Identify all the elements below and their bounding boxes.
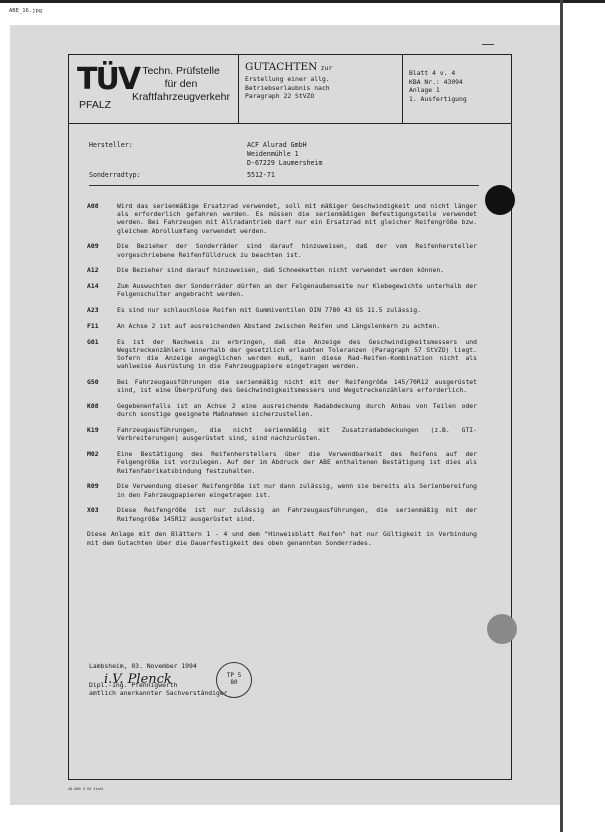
print-mark: 40.000 5.94 Stahl [68,787,104,791]
hersteller-value: ACF Alurad GmbH Weidenmühle 1 D-67229 La… [247,141,322,167]
blatt-lines: Blatt 4 v. 4 KBA Nr.: 43094 Anlage 1 1. … [409,69,467,103]
condition-list: A08Wird das serienmäßige Ersatzrad verwe… [87,202,477,547]
condition-text: Die Verwendung dieser Reifengröße ist nu… [117,482,477,498]
official-stamp: TP 5 80 [216,662,252,698]
condition-text: An Achse 2 ist auf ausreichenden Abstand… [117,322,477,330]
condition-code: A09 [87,242,117,258]
kba-number: KBA Nr.: 43094 [409,78,467,87]
gutachten-lines: Erstellung einer allg. Betriebserlaubnis… [245,75,330,101]
hersteller-line: D-67229 Laumersheim [247,159,322,168]
place-date: Lambsheim, 03. November 1994 [89,662,228,670]
handwritten-signature: i.V. Plenck [104,672,172,687]
condition-code: A08 [87,202,117,235]
punch-hole [485,185,515,215]
condition-item: A23Es sind nur schlauchlose Reifen mit G… [87,306,477,314]
condition-text: Gegebenenfalls ist an Achse 2 eine ausre… [117,402,477,418]
condition-text: Fahrzeugausführungen, die nicht serienmä… [117,426,477,442]
condition-text: Diese Reifengröße ist nur zulässig an Fa… [117,506,477,522]
gutachten-title-suffix: zur [321,64,333,72]
condition-text: Eine Bestätigung des Reifenherstellers ü… [117,450,477,475]
blatt-cell: Blatt 4 v. 4 KBA Nr.: 43094 Anlage 1 1. … [403,55,513,123]
sonderradtyp-label: Sonderradtyp: [89,171,141,180]
logo-cell: TÜV PFALZ Techn. Prüfstelle für den Kraf… [69,55,239,123]
condition-text: Es ist der Nachweis zu erbringen, daß di… [117,338,477,371]
condition-text: Wird das serienmäßige Ersatzrad verwende… [117,202,477,235]
condition-code: G01 [87,338,117,371]
signer-role: amtlich anerkannter Sachverständiger [89,689,228,697]
condition-item: F11An Achse 2 ist auf ausreichenden Abst… [87,322,477,330]
blatt-line: Blatt 4 v. 4 [409,69,467,78]
page-mark [482,44,494,45]
condition-item: X03Diese Reifengröße ist nur zulässig an… [87,506,477,522]
gutachten-line: Paragraph 22 StVZO [245,92,330,101]
condition-item: A09Die Bezieher der Sonderräder sind dar… [87,242,477,258]
condition-code: K19 [87,426,117,442]
hersteller-label: Hersteller: [89,141,133,150]
condition-code: G50 [87,378,117,394]
blatt-line: 1. Ausfertigung [409,95,467,104]
institute-line: für den [125,78,237,91]
condition-code: R09 [87,482,117,498]
condition-item: K19Fahrzeugausführungen, die nicht serie… [87,426,477,442]
file-name: ABE_16.jpg [9,8,42,14]
closing-statement: Diese Anlage mit den Blättern 1 - 4 und … [87,530,477,546]
punch-hole [487,614,517,644]
condition-item: A08Wird das serienmäßige Ersatzrad verwe… [87,202,477,235]
condition-item: G50Bei Fahrzeugausführungen die serienmä… [87,378,477,394]
condition-code: F11 [87,322,117,330]
condition-code: M02 [87,450,117,475]
condition-text: Zum Auswuchten der Sonderräder dürfen an… [117,282,477,298]
blatt-line: Anlage 1 [409,86,467,95]
sonderradtyp-value: 5512-71 [247,171,275,180]
condition-item: K08Gegebenenfalls ist an Achse 2 eine au… [87,402,477,418]
stamp-line: 80 [217,679,251,686]
gutachten-title: GUTACHTEN zur [245,61,332,73]
stamp-line: TP 5 [217,672,251,679]
condition-text: Bei Fahrzeugausführungen die serienmäßig… [117,378,477,394]
condition-text: Es sind nur schlauchlose Reifen mit Gumm… [117,306,477,314]
condition-text: Die Bezieher sind darauf hinzuweisen, da… [117,266,477,274]
institute-line: Kraftfahrzeugverkehr [125,91,237,104]
institute-name: Techn. Prüfstelle für den Kraftfahrzeugv… [125,65,237,104]
gutachten-cell: GUTACHTEN zur Erstellung einer allg. Bet… [239,55,403,123]
hersteller-line: Weidenmühle 1 [247,150,322,159]
condition-item: G01Es ist der Nachweis zu erbringen, daß… [87,338,477,371]
condition-item: A12Die Bezieher sind darauf hinzuweisen,… [87,266,477,274]
condition-code: A14 [87,282,117,298]
institute-line: Techn. Prüfstelle [125,65,237,78]
gutachten-title-main: GUTACHTEN [245,61,317,73]
section-divider [89,185,479,186]
condition-code: A23 [87,306,117,314]
condition-code: K08 [87,402,117,418]
condition-item: R09Die Verwendung dieser Reifengröße ist… [87,482,477,498]
gutachten-line: Betriebserlaubnis nach [245,84,330,93]
document-header: TÜV PFALZ Techn. Prüfstelle für den Kraf… [69,55,511,124]
condition-code: A12 [87,266,117,274]
condition-item: M02Eine Bestätigung des Reifenhersteller… [87,450,477,475]
document-frame: TÜV PFALZ Techn. Prüfstelle für den Kraf… [68,54,512,780]
condition-text: Die Bezieher der Sonderräder sind darauf… [117,242,477,258]
tuv-logo-sub: PFALZ [79,99,111,111]
scan-top-edge [0,0,605,3]
scan-right-edge [560,0,563,832]
condition-code: X03 [87,506,117,522]
gutachten-line: Erstellung einer allg. [245,75,330,84]
condition-item: A14Zum Auswuchten der Sonderräder dürfen… [87,282,477,298]
hersteller-line: ACF Alurad GmbH [247,141,322,150]
